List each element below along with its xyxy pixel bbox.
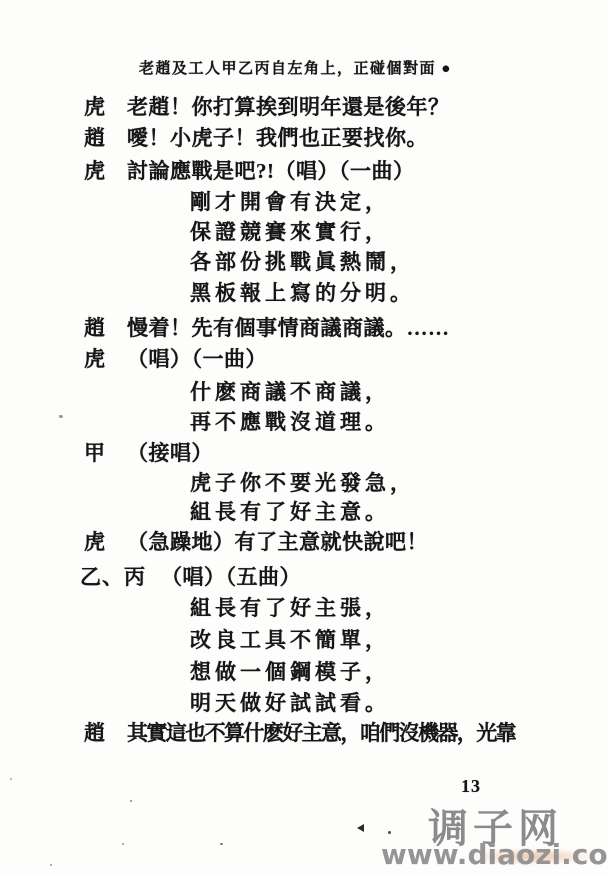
lyric-line: 組長有了好主意。: [190, 500, 390, 524]
scan-speck: [50, 864, 52, 866]
scan-speck: [122, 843, 124, 845]
line-text: 老趙！你打算挨到明年還是後年？: [127, 95, 450, 119]
scanned-script-page: 老趙及工人甲乙丙自左角上，正碰個對面 ● 虎老趙！你打算挨到明年還是後年？ 趙噯…: [0, 0, 608, 876]
line-text: （急躁地）有了主意就快說吧！: [127, 530, 428, 554]
script-line: 虎（唱）（一曲）: [84, 347, 267, 371]
script-line: 虎（急躁地）有了主意就快說吧！: [84, 530, 428, 554]
script-line: 虎老趙！你打算挨到明年還是後年？: [84, 95, 450, 119]
line-text: 黑板報上寫的分明。: [190, 281, 415, 305]
line-text: （接唱）: [127, 441, 213, 465]
scan-speck: [130, 800, 132, 802]
stage-direction: 老趙及工人甲乙丙自左角上，正碰個對面 ●: [139, 57, 452, 78]
speaker-label: 甲: [84, 441, 127, 465]
line-text: 明天做好試試看。: [190, 691, 390, 715]
lyric-line: 保證競賽來實行，: [190, 220, 390, 244]
script-line: 趙其實這也不算什麽好主意，咱們沒機器，光靠: [84, 721, 515, 745]
line-text: 剛才開會有決定，: [190, 190, 390, 214]
speaker-label: 趙: [84, 721, 127, 745]
script-line: 趙噯！小虎子！我們也正要找你。: [84, 126, 428, 150]
page-number: 13: [461, 776, 481, 797]
lyric-line: 剛才開會有決定，: [190, 190, 390, 214]
speaker-label: 趙: [84, 316, 127, 340]
lyric-line: 各部份挑戰眞熱鬧，: [190, 250, 415, 274]
line-text: 再不應戰沒道理。: [190, 410, 390, 434]
line-text: 其實這也不算什麽好主意，咱們沒機器，光靠: [127, 721, 515, 745]
watermark-site-url: www.diaozi.com: [381, 838, 608, 871]
speaker-label: 乙、丙: [80, 565, 161, 589]
line-text: 討論應戰是吧?!（唱）（一曲）: [127, 159, 415, 183]
speaker-label: 虎: [84, 95, 127, 119]
lyric-line: 虎子你不要光發急，: [190, 471, 415, 495]
line-text: 保證競賽來實行，: [190, 220, 390, 244]
line-text: 什麽商議不商議，: [190, 380, 390, 404]
script-line: 趙慢着！先有個事情商議商議。……: [84, 316, 450, 340]
line-text: （唱）（一曲）: [127, 347, 267, 371]
scan-speck: [388, 831, 391, 834]
line-text: 組長有了好主意。: [190, 500, 390, 524]
line-text: 想做一個鋼模子，: [190, 660, 390, 684]
speaker-label: 虎: [84, 347, 127, 371]
line-text: （唱）（五曲）: [161, 565, 301, 589]
scan-speck: [10, 778, 12, 780]
script-line: 乙、丙（唱）（五曲）: [80, 565, 301, 589]
lyric-line: 明天做好試試看。: [190, 691, 390, 715]
line-text: 虎子你不要光發急，: [190, 471, 415, 495]
speaker-label: 虎: [84, 159, 127, 183]
script-line: 甲（接唱）: [84, 441, 213, 465]
lyric-line: 什麽商議不商議，: [190, 380, 390, 404]
script-line: 虎討論應戰是吧?!（唱）（一曲）: [84, 159, 415, 183]
lyric-line: 想做一個鋼模子，: [190, 660, 390, 684]
lyric-line: 黑板報上寫的分明。: [190, 281, 415, 305]
scan-speck: [220, 843, 223, 845]
lyric-line: 再不應戰沒道理。: [190, 410, 390, 434]
line-text: 組長有了好主張，: [190, 596, 390, 620]
line-text: 慢着！先有個事情商議商議。……: [127, 316, 450, 340]
line-text: 噯！小虎子！我們也正要找你。: [127, 126, 428, 150]
speaker-label: 虎: [84, 530, 127, 554]
scan-artifact-arrow: [357, 824, 364, 832]
line-text: 改良工具不簡單，: [190, 628, 390, 652]
line-text: 各部份挑戰眞熱鬧，: [190, 250, 415, 274]
speaker-label: 趙: [84, 126, 127, 150]
scan-speck: [59, 415, 63, 418]
lyric-line: 改良工具不簡單，: [190, 628, 390, 652]
lyric-line: 組長有了好主張，: [190, 596, 390, 620]
